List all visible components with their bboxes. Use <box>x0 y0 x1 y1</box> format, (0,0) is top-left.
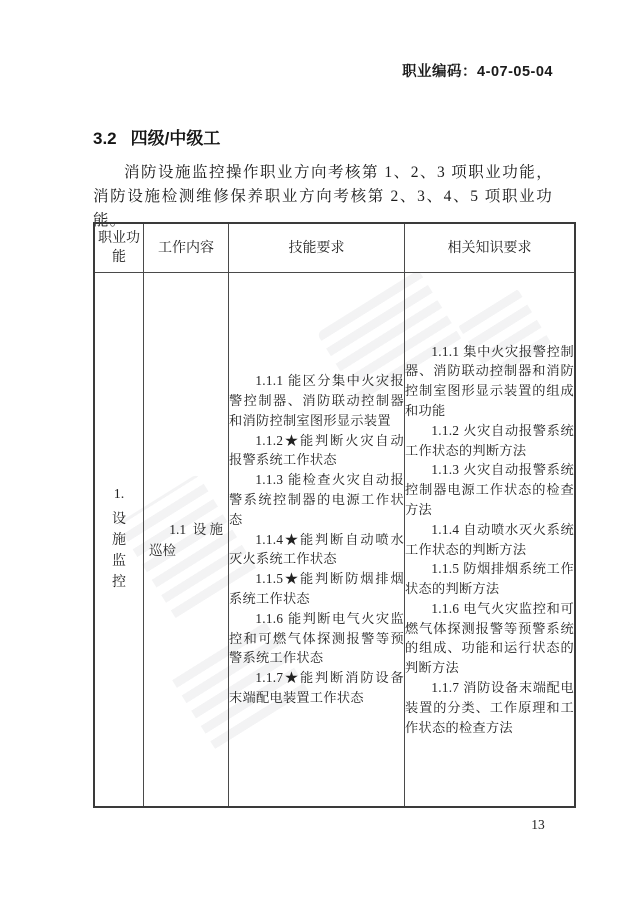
table-row: 1. 设施监控 1.1 设施巡检 1.1.1 能区分集中火灾报警控制器、消防联动… <box>94 273 575 808</box>
section-heading: 3.2四级/中级工 <box>93 124 220 149</box>
work-content-cell: 1.1 设施巡检 <box>144 273 229 808</box>
knowledge-item: 1.1.6 电气火灾监控和可燃气体探测报警等预警系统的组成、功能和运行状态的判断… <box>405 599 574 678</box>
skill-item: 1.1.3 能检查火灾自动报警系统控制器的电源工作状态 <box>229 470 404 529</box>
table-header-row: 职业功能 工作内容 技能要求 相关知识要求 <box>94 223 575 273</box>
col-header-work-content: 工作内容 <box>144 223 229 273</box>
skill-item: 1.1.1 能区分集中火灾报警控制器、消防联动控制器和消防控制室图形显示装置 <box>229 371 404 430</box>
knowledge-item: 1.1.2 火灾自动报警系统工作状态的判断方法 <box>405 421 574 461</box>
skill-item: 1.1.5★能判断防烟排烟系统工作状态 <box>229 569 404 609</box>
knowledge-item: 1.1.3 火灾自动报警系统控制器电源工作状态的检查方法 <box>405 460 574 519</box>
knowledge-item: 1.1.1 集中火灾报警控制器、消防联动控制器和消防控制室图形显示装置的组成和功… <box>405 342 574 421</box>
skill-item: 1.1.7★能判断消防设备末端配电装置工作状态 <box>229 668 404 708</box>
document-page: 职业编码：4-07-05-04 3.2四级/中级工 消防设施监控操作职业方向考核… <box>0 0 640 898</box>
page-number: 13 <box>523 817 553 833</box>
requirements-table: 职业功能 工作内容 技能要求 相关知识要求 1. 设施监控 1.1 设施巡检 1… <box>93 222 576 808</box>
occupational-function-cell: 1. 设施监控 <box>94 273 144 808</box>
section-title: 四级/中级工 <box>131 129 221 148</box>
knowledge-requirements-cell: 1.1.1 集中火灾报警控制器、消防联动控制器和消防控制室图形显示装置的组成和功… <box>405 273 576 808</box>
function-number: 1. <box>114 487 125 503</box>
col-header-knowledge-requirements: 相关知识要求 <box>405 223 576 273</box>
function-name: 设施监控 <box>112 509 126 593</box>
knowledge-item: 1.1.7 消防设备末端配电装置的分类、工作原理和工作状态的检查方法 <box>405 678 574 737</box>
occupation-code: 职业编码：4-07-05-04 <box>402 60 553 81</box>
skill-item: 1.1.6 能判断电气火灾监控和可燃气体探测报警等预警系统工作状态 <box>229 609 404 668</box>
section-number: 3.2 <box>93 129 117 148</box>
work-content: 1.1 设施巡检 <box>144 519 228 561</box>
col-header-skill-requirements: 技能要求 <box>229 223 405 273</box>
skill-requirements-cell: 1.1.1 能区分集中火灾报警控制器、消防联动控制器和消防控制室图形显示装置 1… <box>229 273 405 808</box>
knowledge-item: 1.1.4 自动喷水灭火系统工作状态的判断方法 <box>405 520 574 560</box>
skill-item: 1.1.2★能判断火灾自动报警系统工作状态 <box>229 431 404 471</box>
skill-item: 1.1.4★能判断自动喷水灭火系统工作状态 <box>229 530 404 570</box>
col-header-occupational-function: 职业功能 <box>94 223 144 273</box>
knowledge-item: 1.1.5 防烟排烟系统工作状态的判断方法 <box>405 559 574 599</box>
